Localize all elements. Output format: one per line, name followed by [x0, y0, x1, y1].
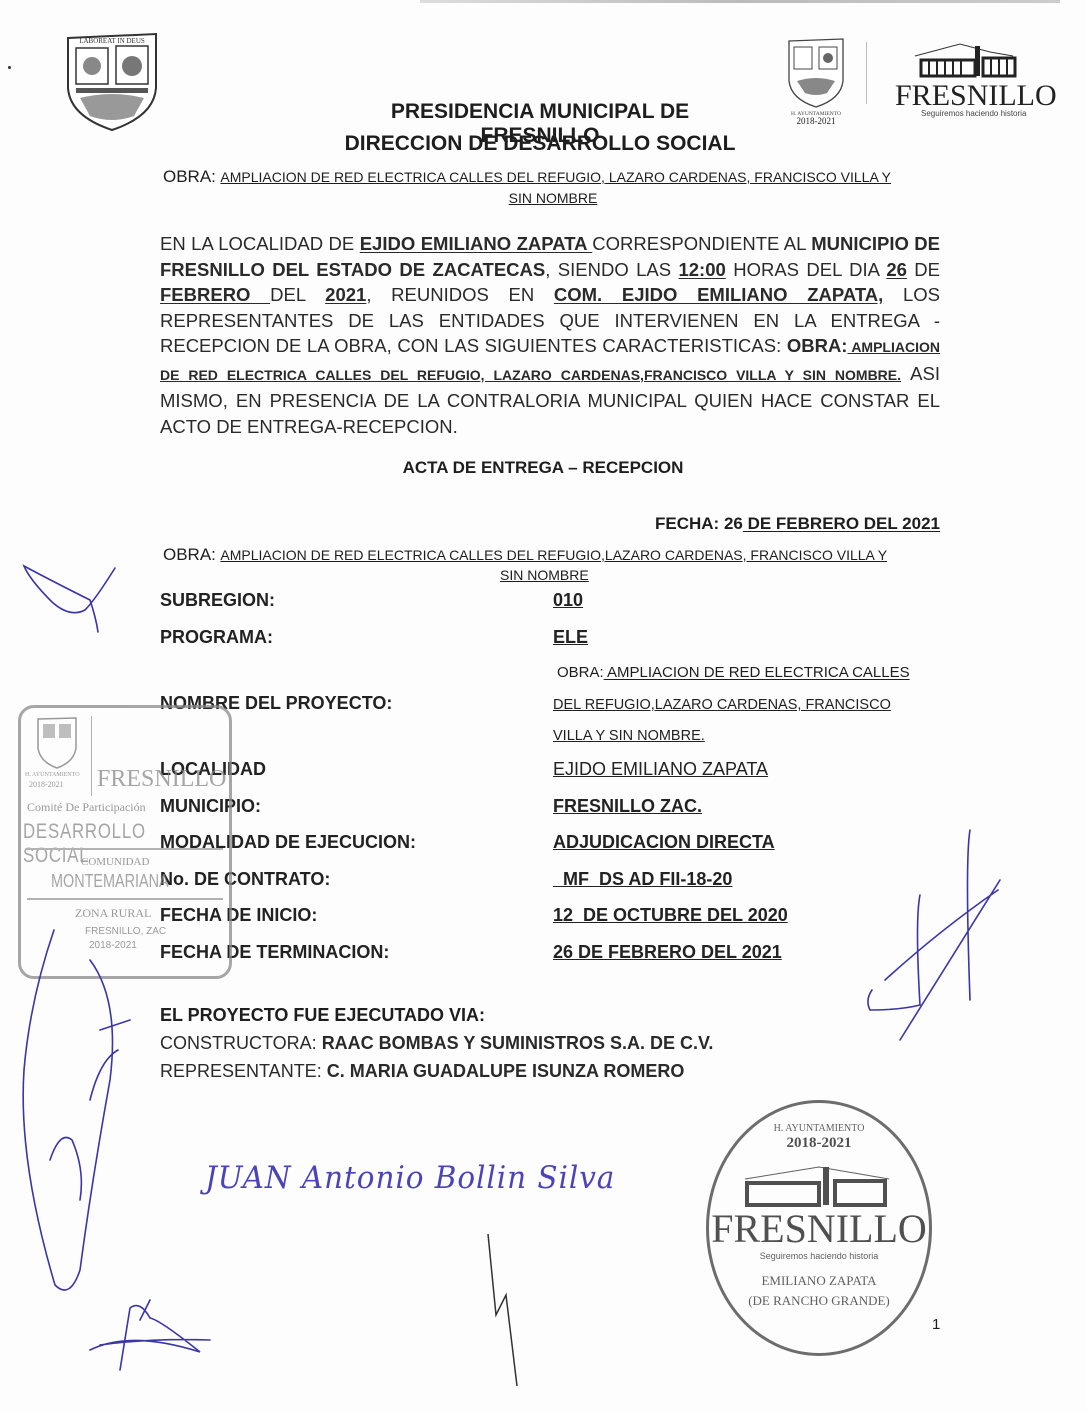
signature-right [868, 830, 1000, 1040]
signature-left-oval [23, 930, 130, 1290]
signature-bottom-center [488, 1234, 517, 1386]
signature-bottom-left [90, 1300, 210, 1370]
signatures-layer [0, 0, 1086, 1411]
signature-left-top [24, 566, 115, 632]
